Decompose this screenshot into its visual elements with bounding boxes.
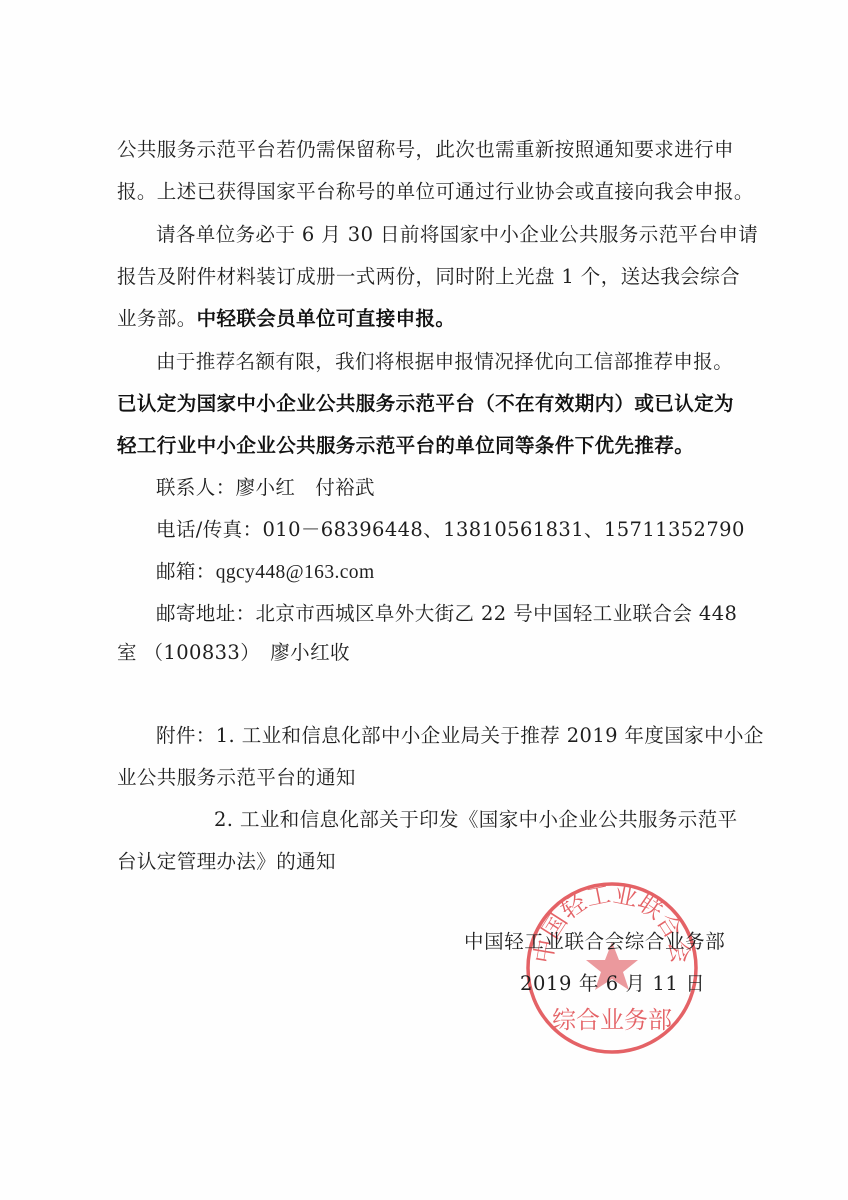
official-seal-stamp: 中国轻工业联合会 综合业务部 [524,880,700,1056]
paragraph2-line3-bold: 中轻联会员单位可直接申报。 [197,307,456,330]
paragraph2-line2: 报告及附件材料装订成册一式两份，同时附上光盘 1 个，送达我会综合 [117,263,740,291]
paragraph1-line2: 报。上述已获得国家平台称号的单位可通过行业协会或直接向我会申报。 [117,178,754,206]
contact-phone: 电话/传真：010－68396448、13810561831、157113527… [156,516,745,544]
paragraph3-line3: 轻工行业中小企业公共服务示范平台的单位同等条件下优先推荐。 [117,432,694,460]
contact-persons: 联系人：廖小红 付裕武 [156,474,375,502]
contact-email-row: 邮箱：qgcy448@163.com [156,558,375,587]
contact-address-line2: 室 （100833） 廖小红收 [117,639,350,667]
paragraph3-line1: 由于推荐名额有限，我们将根据申报情况择优向工信部推荐申报。 [156,348,733,376]
signature-date: 2019 年 6 月 11 日 [520,970,705,998]
attachment2-line1: 2. 工业和信息化部关于印发《国家中小企业公共服务示范平 [214,806,738,834]
paragraph1-line1: 公共服务示范平台若仍需保留称号，此次也需重新按照通知要求进行申 [117,136,734,164]
document-page: 公共服务示范平台若仍需保留称号，此次也需重新按照通知要求进行申 报。上述已获得国… [0,0,848,1200]
attachment1-line2: 业公共服务示范平台的通知 [117,764,356,792]
email-address[interactable]: qgcy448@163.com [216,562,375,583]
stamp-bottom-text: 综合业务部 [552,1006,672,1034]
attachment1-line1: 附件：1. 工业和信息化部中小企业局关于推荐 2019 年度国家中小企 [156,722,764,750]
paragraph3-line2: 已认定为国家中小企业公共服务示范平台（不在有效期内）或已认定为 [117,390,734,418]
signature-organization: 中国轻工业联合会综合业务部 [464,928,725,956]
email-label: 邮箱： [156,560,216,583]
paragraph2-line3-normal: 业务部。 [117,307,197,330]
contact-address-line1: 邮寄地址：北京市西城区阜外大街乙 22 号中国轻工业联合会 448 [156,600,737,628]
paragraph2-line1: 请各单位务必于 6 月 30 日前将国家中小企业公共服务示范平台申请 [156,221,758,249]
paragraph2-line3: 业务部。中轻联会员单位可直接申报。 [117,305,455,333]
attachment2-line2: 台认定管理办法》的通知 [117,848,336,876]
